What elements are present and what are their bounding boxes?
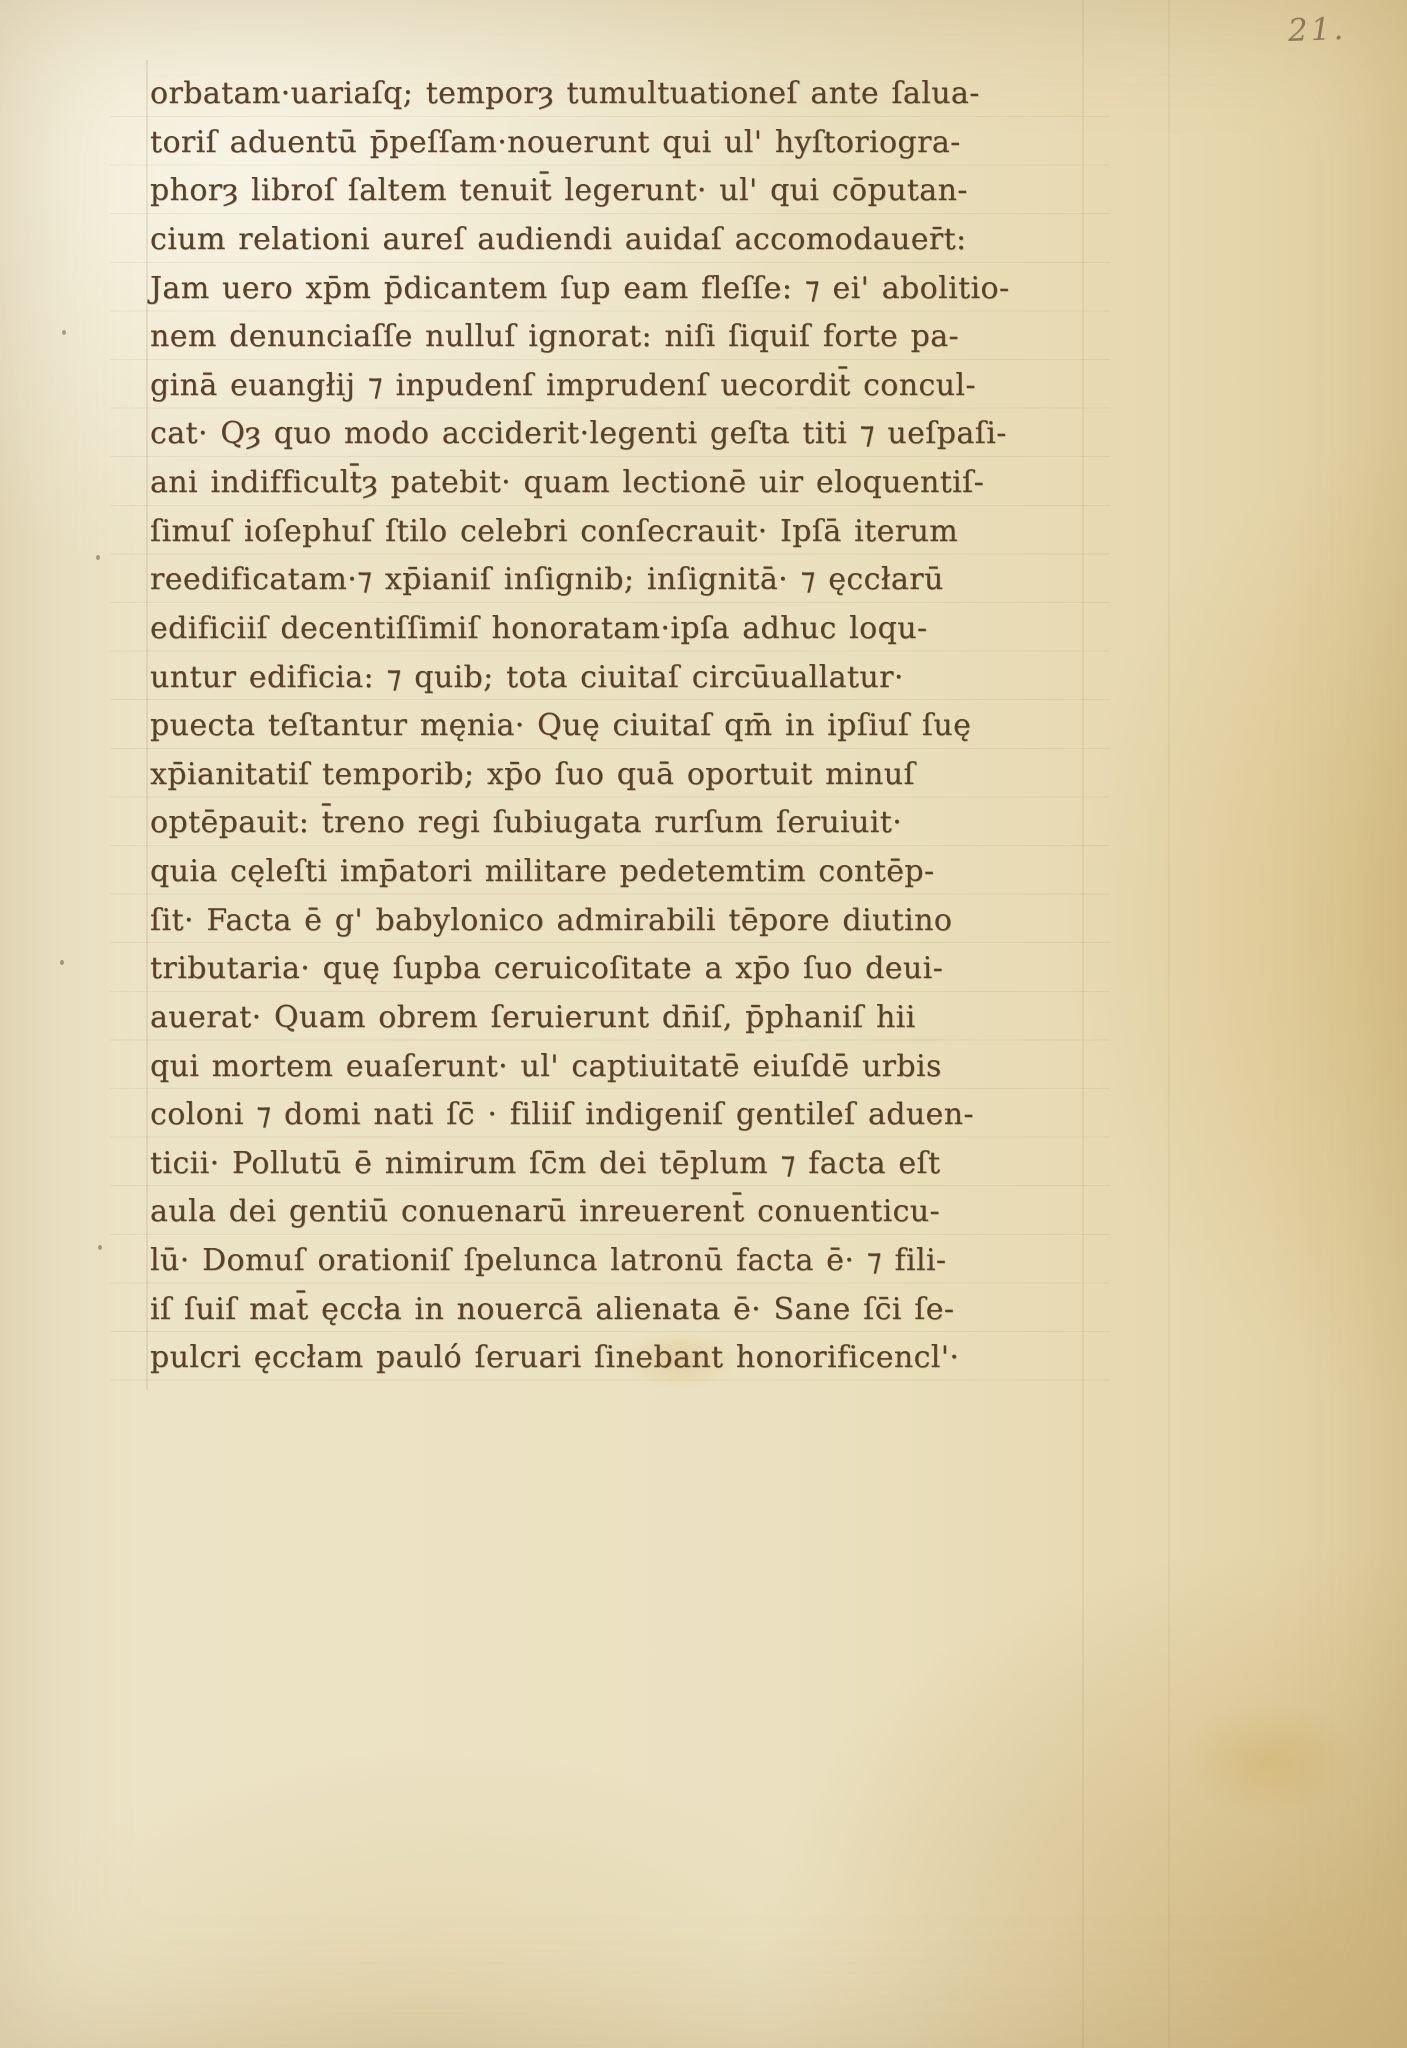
manuscript-line: phorȝ libroſ ſaltem tenuit̄ legerunt· ul…	[150, 167, 1010, 216]
manuscript-line: ticii· Pollutū ē nimirum ſc̄m dei tēplum…	[150, 1140, 1010, 1189]
manuscript-page: 21. orbatam·uariaſq; temporȝ tumultuatio…	[0, 0, 1407, 2048]
manuscript-line: iſ ſuiſ mat̄ ęccła in nouercā alienata ē…	[150, 1286, 1010, 1335]
manuscript-line: toriſ aduentū p̄peſſam·nouerunt qui ul' …	[150, 119, 1010, 168]
prick-mark	[98, 1245, 102, 1250]
manuscript-line: quia cęleſti imp̄atori militare pedetemt…	[150, 848, 1010, 897]
prick-mark	[62, 330, 66, 335]
manuscript-line: tributaria· quę ſupba ceruicoſitate a xp…	[150, 945, 1010, 994]
manuscript-line: xp̄ianitatiſ temporib; xp̄o ſuo quā opor…	[150, 751, 1010, 800]
manuscript-line: ſimuſ ioſephuſ ſtilo celebri conſecrauit…	[150, 508, 1010, 557]
manuscript-line: lū· Domuſ orationiſ ſpelunca latronū fac…	[150, 1237, 1010, 1286]
prick-mark	[96, 555, 100, 560]
prick-mark	[60, 960, 64, 965]
manuscript-line: ani indifficult̄ȝ patebit· quam lectionē…	[150, 459, 1010, 508]
manuscript-text-block: orbatam·uariaſq; temporȝ tumultuationeſ …	[150, 70, 1010, 1383]
manuscript-line: optēpauit: t̄reno regi ſubiugata rurſum …	[150, 799, 1010, 848]
manuscript-line: orbatam·uariaſq; temporȝ tumultuationeſ …	[150, 70, 1010, 119]
manuscript-line: qui mortem euaſerunt· ul' captiuitatē ei…	[150, 1043, 1010, 1092]
manuscript-line: reedificatam·⁊ xp̄ianiſ inſignib; inſign…	[150, 556, 1010, 605]
parchment-stain	[1180, 1700, 1360, 1820]
ruling-line-right-outer	[1168, 0, 1170, 2048]
manuscript-line: cium relationi aureſ audiendi auidaſ acc…	[150, 216, 1010, 265]
manuscript-line: auerat· Quam obrem ſeruierunt dn̄iſ, p̄p…	[150, 994, 1010, 1043]
manuscript-line: aula dei gentiū conuenarū inreuerent̄ co…	[150, 1188, 1010, 1237]
manuscript-line: puecta teſtantur męnia· Quę ciuitaſ qm̄ …	[150, 702, 1010, 751]
manuscript-line: ginā euangłij ⁊ inpudenſ imprudenſ uecor…	[150, 362, 1010, 411]
manuscript-line: ſit· Facta ē g' babylonico admirabili tē…	[150, 897, 1010, 946]
manuscript-line: edificiiſ decentiſſimiſ honoratam·ipſa a…	[150, 605, 1010, 654]
manuscript-line: nem denunciaſſe nulluſ ignorat: niſi ſiq…	[150, 313, 1010, 362]
manuscript-line: cat· Qȝ quo modo acciderit·legenti geſta…	[150, 410, 1010, 459]
manuscript-line: coloni ⁊ domi nati ſc̄ · filiiſ indigeni…	[150, 1091, 1010, 1140]
manuscript-line: pulcri ęccłam pauló ſeruari ſinebant hon…	[150, 1334, 1010, 1383]
manuscript-line: Jam uero xp̄m p̄dicantem ſup eam fleſſe:…	[150, 265, 1010, 314]
folio-number: 21.	[1287, 11, 1347, 49]
manuscript-line: untur edificia: ⁊ quib; tota ciuitaſ cir…	[150, 654, 1010, 703]
